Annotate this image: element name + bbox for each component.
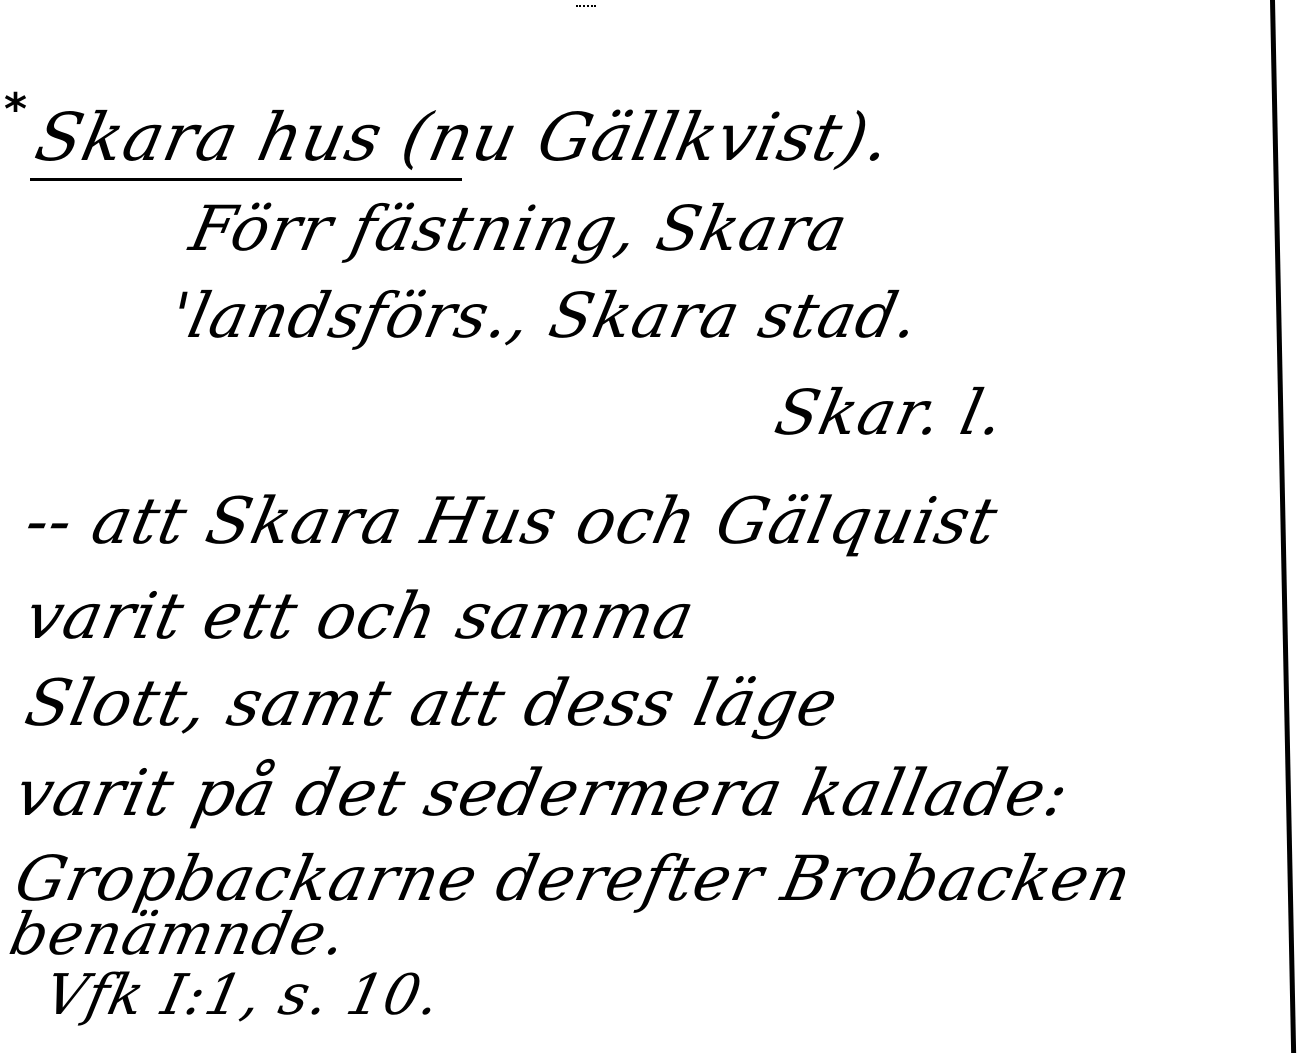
text-line: varit på det sedermera kallade: (10, 762, 1075, 826)
text-line: benämnde. (5, 905, 352, 963)
card-title: Skara hus (29, 99, 390, 176)
text-line: 'landsförs., Skara stad. (165, 285, 925, 347)
text-line: varit ett och samma (20, 585, 700, 649)
heading-line: Skara hus (nu Gällkvist). (30, 105, 897, 171)
right-border-line (1270, 0, 1296, 1053)
text-line: Förr fästning, Skara (185, 198, 853, 260)
text-line: -- att Skara Hus och Gälquist (20, 490, 1003, 554)
asterisk-marker: * (4, 88, 27, 132)
index-card: * Skara hus (nu Gällkvist). Förr fästnin… (0, 0, 1299, 1053)
top-edge-mark (576, 5, 596, 8)
card-title-suffix: (nu Gällkvist). (395, 99, 898, 176)
source-reference: Vfk I:1, s. 10. (40, 968, 445, 1024)
text-line: Slott, samt att dess läge (20, 672, 844, 736)
text-line: Skar. l. (770, 382, 1010, 444)
title-underline (30, 178, 462, 181)
